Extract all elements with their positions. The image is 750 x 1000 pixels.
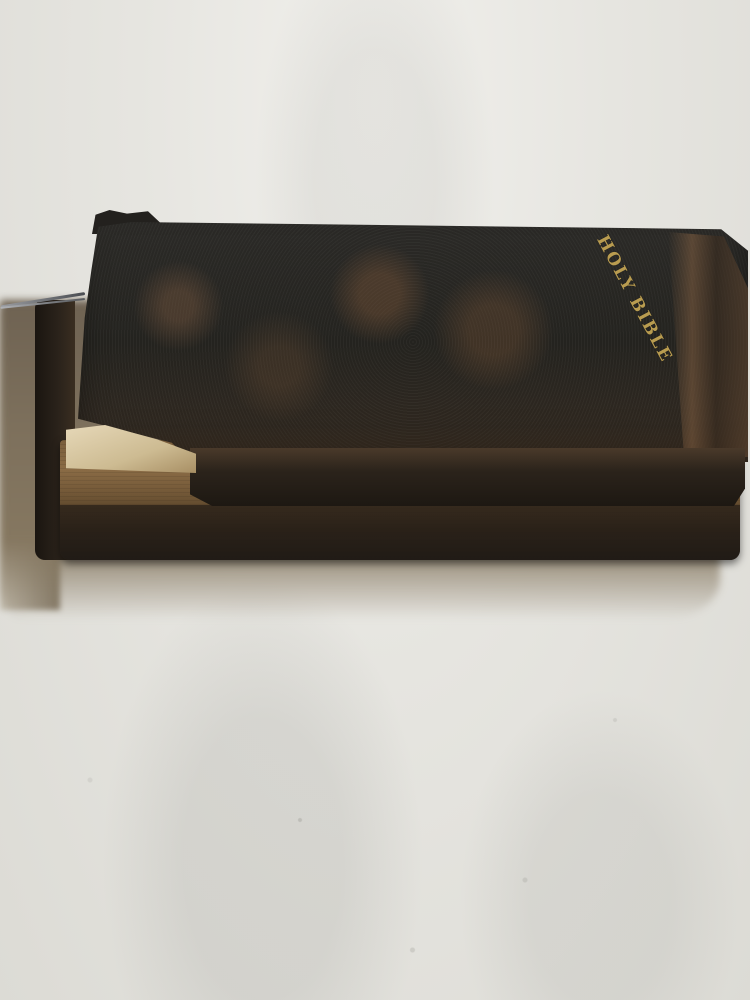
book-bottom-cover: [60, 505, 740, 560]
book-cover-bottom-edge: [190, 448, 745, 506]
